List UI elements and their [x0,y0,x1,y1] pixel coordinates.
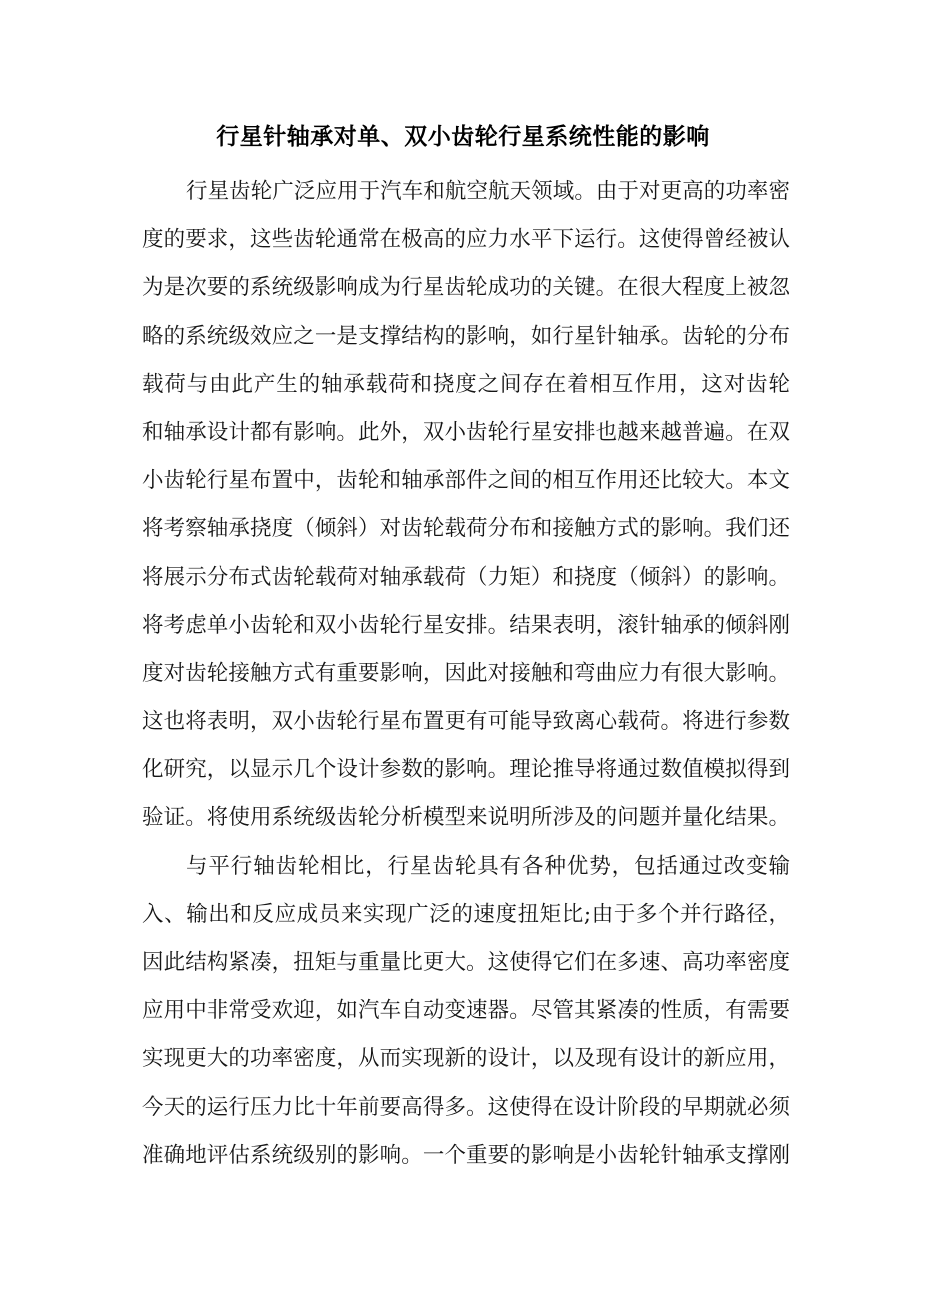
paragraph-line: 将考虑单小齿轮和双小齿轮行星安排。结果表明，滚针轴承的倾斜刚 [142,602,790,650]
document-page: 行星针轴承对单、双小齿轮行星系统性能的影响 行星齿轮广泛应用于汽车和航空航天领域… [0,0,926,1309]
paragraph-line: 这也将表明，双小齿轮行星布置更有可能导致离心载荷。将进行参数 [142,698,790,746]
paragraph-line: 载荷与由此产生的轴承载荷和挠度之间存在着相互作用，这对齿轮 [142,361,790,409]
paragraph-line: 与平行轴齿轮相比，行星齿轮具有各种优势，包括通过改变输 [142,843,790,891]
paragraph-line: 将展示分布式齿轮载荷对轴承载荷（力矩）和挠度（倾斜）的影响。 [142,554,790,602]
paragraph-line: 应用中非常受欢迎，如汽车自动变速器。尽管其紧凑的性质，有需要 [142,987,790,1035]
paragraph-line: 入、输出和反应成员来实现广泛的速度扭矩比;由于多个并行路径， [142,891,790,939]
paragraph-2: 与平行轴齿轮相比，行星齿轮具有各种优势，包括通过改变输 入、输出和反应成员来实现… [142,843,790,1180]
paragraph-line: 为是次要的系统级影响成为行星齿轮成功的关键。在很大程度上被忽 [142,264,790,312]
paragraph-line: 实现更大的功率密度，从而实现新的设计，以及现有设计的新应用， [142,1035,790,1083]
paragraph-line: 准确地评估系统级别的影响。一个重要的影响是小齿轮针轴承支撑刚 [142,1132,790,1180]
paragraph-line: 化研究，以显示几个设计参数的影响。理论推导将通过数值模拟得到 [142,746,790,794]
document-title: 行星针轴承对单、双小齿轮行星系统性能的影响 [0,120,926,154]
paragraph-line: 因此结构紧凑，扭矩与重量比更大。这使得它们在多速、高功率密度 [142,939,790,987]
paragraph-line: 和轴承设计都有影响。此外，双小齿轮行星安排也越来越普遍。在双 [142,409,790,457]
paragraph-line: 度的要求，这些齿轮通常在极高的应力水平下运行。这使得曾经被认 [142,216,790,264]
document-body: 行星齿轮广泛应用于汽车和航空航天领域。由于对更高的功率密 度的要求，这些齿轮通常… [142,168,790,1180]
paragraph-line: 验证。将使用系统级齿轮分析模型来说明所涉及的问题并量化结果。 [142,794,790,842]
paragraph-line: 小齿轮行星布置中，齿轮和轴承部件之间的相互作用还比较大。本文 [142,457,790,505]
paragraph-line: 今天的运行压力比十年前要高得多。这使得在设计阶段的早期就必须 [142,1084,790,1132]
paragraph-line: 将考察轴承挠度（倾斜）对齿轮载荷分布和接触方式的影响。我们还 [142,505,790,553]
paragraph-line: 行星齿轮广泛应用于汽车和航空航天领域。由于对更高的功率密 [142,168,790,216]
paragraph-line: 度对齿轮接触方式有重要影响，因此对接触和弯曲应力有很大影响。 [142,650,790,698]
paragraph-1: 行星齿轮广泛应用于汽车和航空航天领域。由于对更高的功率密 度的要求，这些齿轮通常… [142,168,790,843]
paragraph-line: 略的系统级效应之一是支撑结构的影响，如行星针轴承。齿轮的分布 [142,313,790,361]
